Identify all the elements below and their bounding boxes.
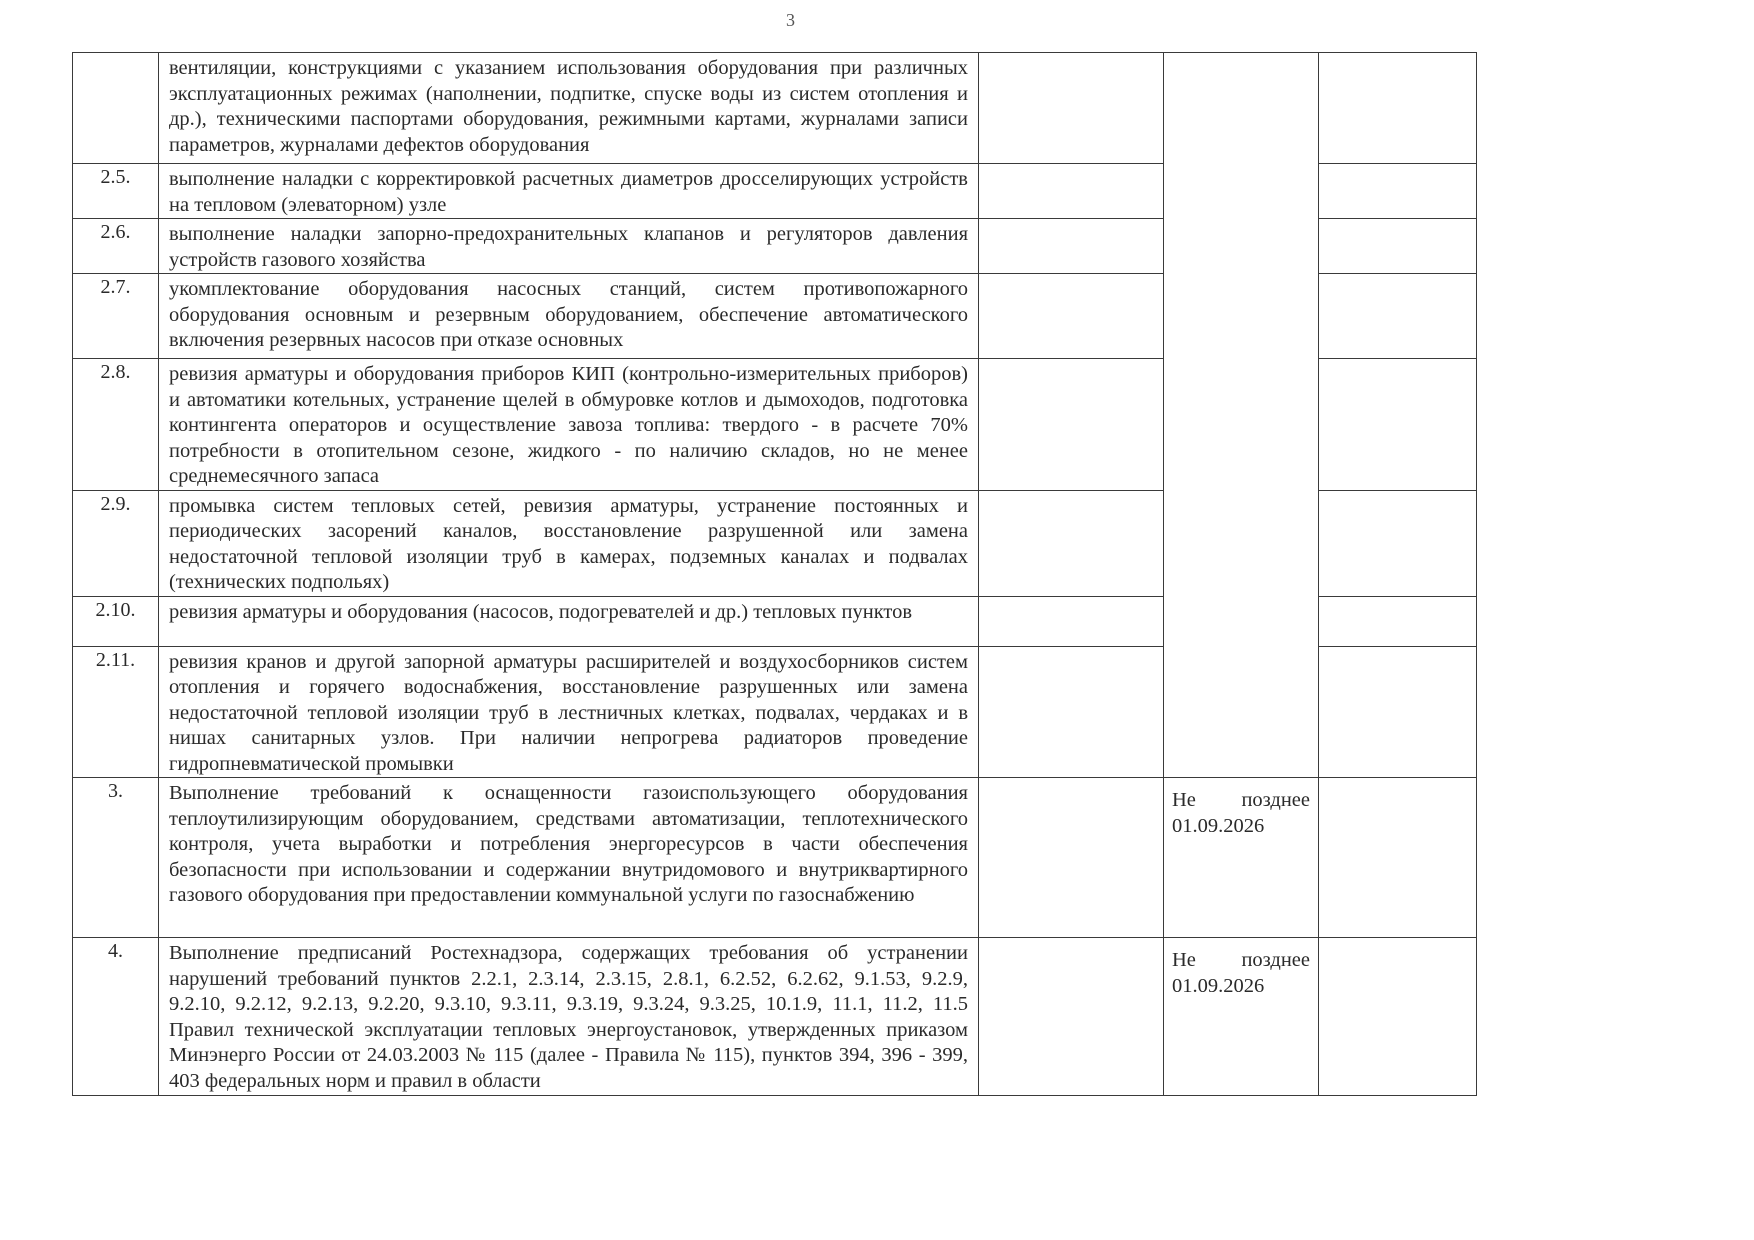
row-executor xyxy=(979,164,1164,219)
row-note xyxy=(1319,219,1477,274)
row-number: 2.5. xyxy=(73,164,159,219)
measures-table: вентиляции, конструкциями с указанием ис… xyxy=(72,52,1477,1096)
row-note xyxy=(1319,359,1477,491)
row-description: ревизия кранов и другой запорной арматур… xyxy=(159,646,979,778)
row-executor xyxy=(979,53,1164,164)
row-description: выполнение наладки запорно-предохранител… xyxy=(159,219,979,274)
row-note xyxy=(1319,274,1477,359)
row-description: ревизия арматуры и оборудования (насосов… xyxy=(159,596,979,646)
page-number: 3 xyxy=(786,10,795,31)
row-term: Не позднее 01.09.2026 xyxy=(1164,778,1319,938)
table-row: 4. Выполнение предписаний Ростехнадзора,… xyxy=(73,938,1477,1096)
row-note xyxy=(1319,164,1477,219)
row-executor xyxy=(979,596,1164,646)
row-note xyxy=(1319,938,1477,1096)
term-word-2: позднее xyxy=(1241,788,1310,814)
row-number: 2.9. xyxy=(73,490,159,596)
row-note xyxy=(1319,53,1477,164)
row-description: ревизия арматуры и оборудования приборов… xyxy=(159,359,979,491)
row-number: 2.8. xyxy=(73,359,159,491)
row-number: 4. xyxy=(73,938,159,1096)
row-description: Выполнение требований к оснащенности газ… xyxy=(159,778,979,938)
row-executor xyxy=(979,646,1164,778)
row-description: вентиляции, конструкциями с указанием ис… xyxy=(159,53,979,164)
row-note xyxy=(1319,596,1477,646)
row-number: 2.11. xyxy=(73,646,159,778)
row-number xyxy=(73,53,159,164)
term-date: 01.09.2026 xyxy=(1172,974,1310,1000)
row-executor xyxy=(979,359,1164,491)
row-note xyxy=(1319,778,1477,938)
row-executor xyxy=(979,938,1164,1096)
row-term-merged xyxy=(1164,53,1319,778)
row-executor xyxy=(979,274,1164,359)
row-description: укомплектование оборудования насосных ст… xyxy=(159,274,979,359)
row-number: 2.6. xyxy=(73,219,159,274)
term-word-1: Не xyxy=(1172,948,1196,974)
row-description: Выполнение предписаний Ростехнадзора, со… xyxy=(159,938,979,1096)
row-description: промывка систем тепловых сетей, ревизия … xyxy=(159,490,979,596)
row-number: 3. xyxy=(73,778,159,938)
table-row: вентиляции, конструкциями с указанием ис… xyxy=(73,53,1477,164)
row-note xyxy=(1319,646,1477,778)
term-word-2: позднее xyxy=(1241,948,1310,974)
row-description: выполнение наладки с корректировкой расч… xyxy=(159,164,979,219)
row-executor xyxy=(979,778,1164,938)
table-row: 3. Выполнение требований к оснащенности … xyxy=(73,778,1477,938)
row-number: 2.7. xyxy=(73,274,159,359)
row-executor xyxy=(979,219,1164,274)
row-term: Не позднее 01.09.2026 xyxy=(1164,938,1319,1096)
term-word-1: Не xyxy=(1172,788,1196,814)
row-executor xyxy=(979,490,1164,596)
term-date: 01.09.2026 xyxy=(1172,814,1310,840)
row-note xyxy=(1319,490,1477,596)
row-number: 2.10. xyxy=(73,596,159,646)
